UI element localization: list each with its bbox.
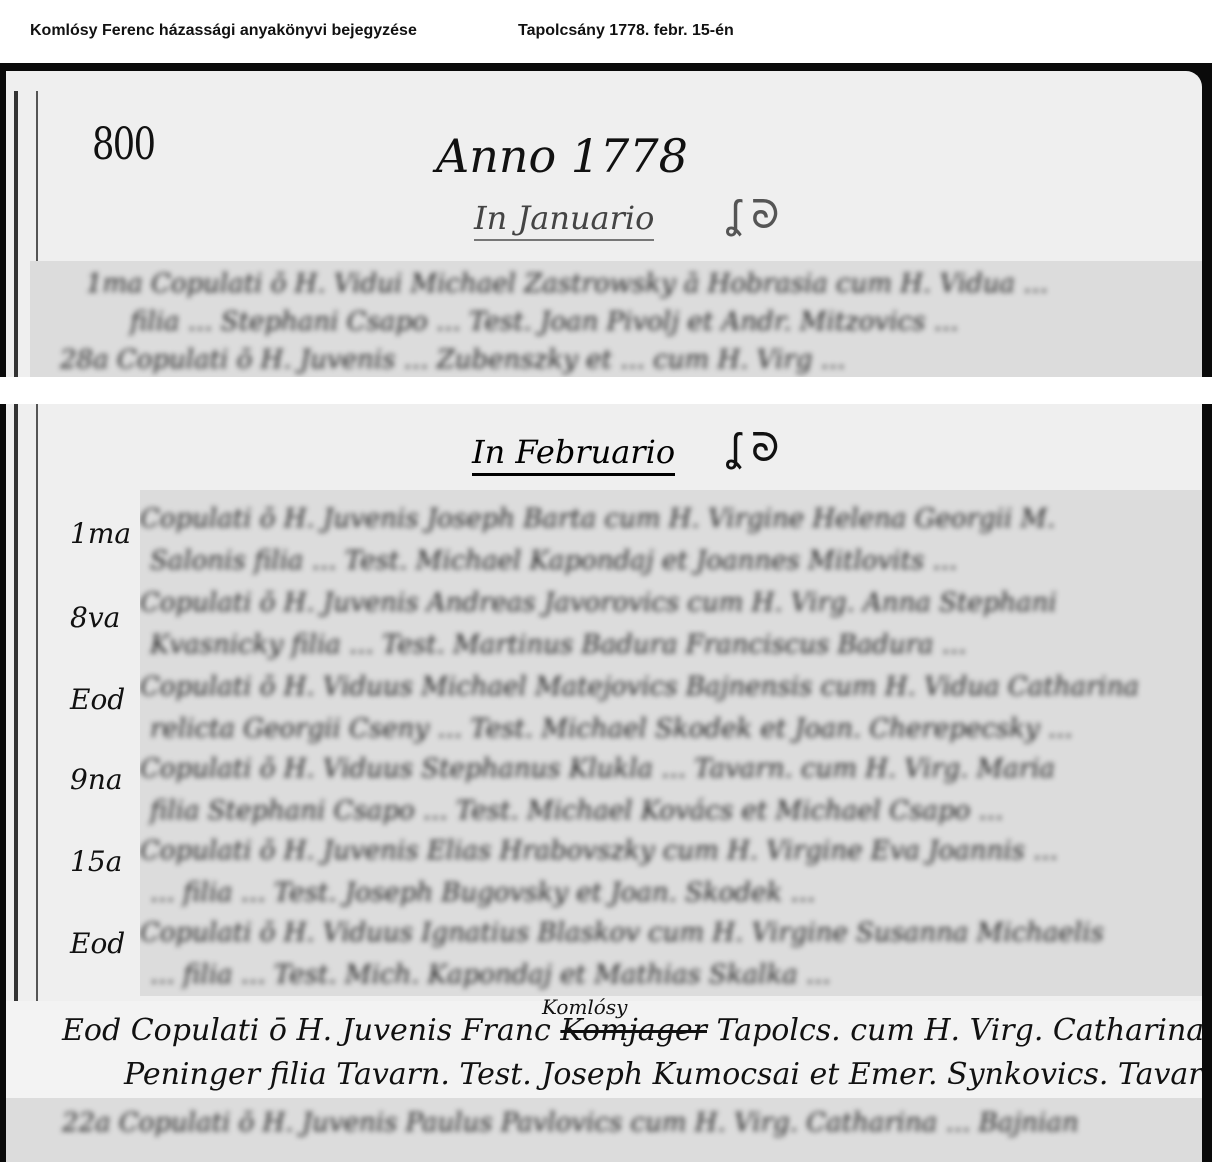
entry-date: 15a [70,845,122,878]
page-number: 800 [92,119,154,170]
register-scan: 800 Anno 1778 In Januario ʆ ᘐ 1ma Copula… [0,63,1212,1162]
komlosy-marriage-entry: Komlósy Eod Copulati ō H. Juvenis Franc … [6,1001,1202,1099]
scan-gap [0,377,1224,404]
entry-text: Copulati ō H. Juvenis Franc [131,1013,551,1048]
document-caption: Komlósy Ferenc házassági anyakönyvi beje… [30,22,417,46]
blurred-january-entries: 1ma Copulati ō H. Vidui Michael Zastrows… [30,261,1202,383]
entry-text-rest: Tapolcs. cum H. Virg. Catharina Matthiae [717,1013,1202,1048]
entry-date: 9na [70,763,123,796]
entry-date: Eod [62,1013,121,1048]
entry-date: Eod [70,683,125,716]
entry-date: Eod [70,927,125,960]
blurred-following-entry: 22a Copulati ō H. Juvenis Paulus Pavlovi… [6,1098,1202,1162]
entry-line-2: Peninger filia Tavarn. Test. Joseph Kumo… [124,1057,1202,1092]
caption-place-date: Tapolcsány 1778. febr. 15-én [518,22,734,40]
year-heading: Anno 1778 [436,129,688,183]
blurred-february-entries: Copulati ō H. Juvenis Joseph Barta cum H… [140,490,1202,996]
struck-surname: Komjager [560,1013,707,1048]
month-heading-february: In Februario [472,433,675,476]
flourish-icon: ʆ ᘐ [726,426,779,471]
entry-date: 1ma [70,517,131,550]
month-heading-january: In Januario [474,199,654,241]
caption-title: Komlósy Ferenc házassági anyakönyvi beje… [30,22,417,39]
entry-line-1: Eod Copulati ō H. Juvenis Franc Komjager… [62,1013,1202,1048]
register-page: 800 Anno 1778 In Januario ʆ ᘐ 1ma Copula… [6,71,1202,1162]
entry-date: 8va [70,601,120,634]
flourish-icon: ʆ ᘐ [726,193,779,238]
